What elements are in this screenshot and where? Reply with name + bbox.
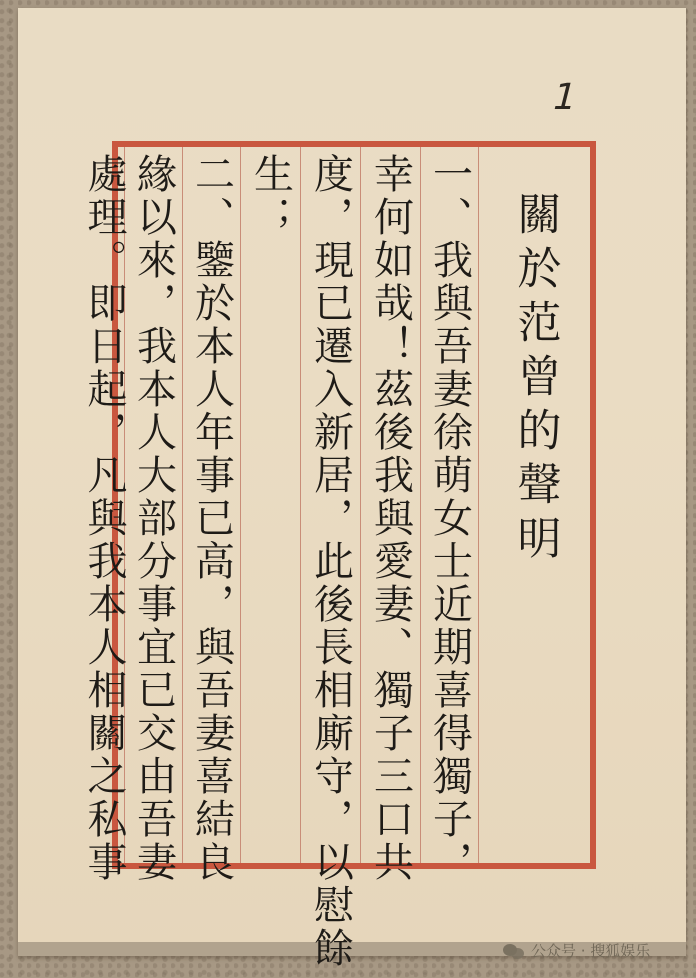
column-text: 幸何如哉！茲後我與愛妻、獨子三口共 (363, 147, 419, 884)
column-5: 二、鑒於本人年事已高，與吾妻喜結良 (182, 147, 240, 863)
column-6: 緣以來，我本人大部分事宜已交由吾妻 (124, 147, 182, 863)
watermark-text: 公众号 · 搜狐娱乐 (531, 940, 650, 961)
document-title: 關於范曾的聲明 (507, 147, 563, 569)
red-ruled-frame: 關於范曾的聲明 一、我與吾妻徐萌女士近期喜得獨子， 幸何如哉！茲後我與愛妻、獨子… (112, 141, 596, 869)
wechat-icon (503, 942, 525, 960)
column-2: 幸何如哉！茲後我與愛妻、獨子三口共 (360, 147, 420, 863)
column-text: 緣以來，我本人大部分事宜已交由吾妻 (126, 147, 182, 884)
watermark: 公众号 · 搜狐娱乐 (503, 940, 650, 961)
column-text: 生； (243, 147, 299, 239)
column-text: 一、我與吾妻徐萌女士近期喜得獨子， (422, 147, 478, 884)
column-1: 一、我與吾妻徐萌女士近期喜得獨子， (420, 147, 478, 863)
column-4: 生； (240, 147, 300, 863)
column-3: 度，現已遷入新居，此後長相廝守，以慰餘 (300, 147, 360, 863)
column-text: 度，現已遷入新居，此後長相廝守，以慰餘 (303, 147, 359, 970)
text-columns: 關於范曾的聲明 一、我與吾妻徐萌女士近期喜得獨子， 幸何如哉！茲後我與愛妻、獨子… (118, 147, 590, 863)
column-title: 關於范曾的聲明 (478, 147, 590, 863)
column-text: 處理。即日起，凡與我本人相關之私事 (76, 147, 132, 884)
column-text: 二、鑒於本人年事已高，與吾妻喜結良 (184, 147, 240, 884)
column-7: 處理。即日起，凡與我本人相關之私事 (84, 147, 124, 863)
